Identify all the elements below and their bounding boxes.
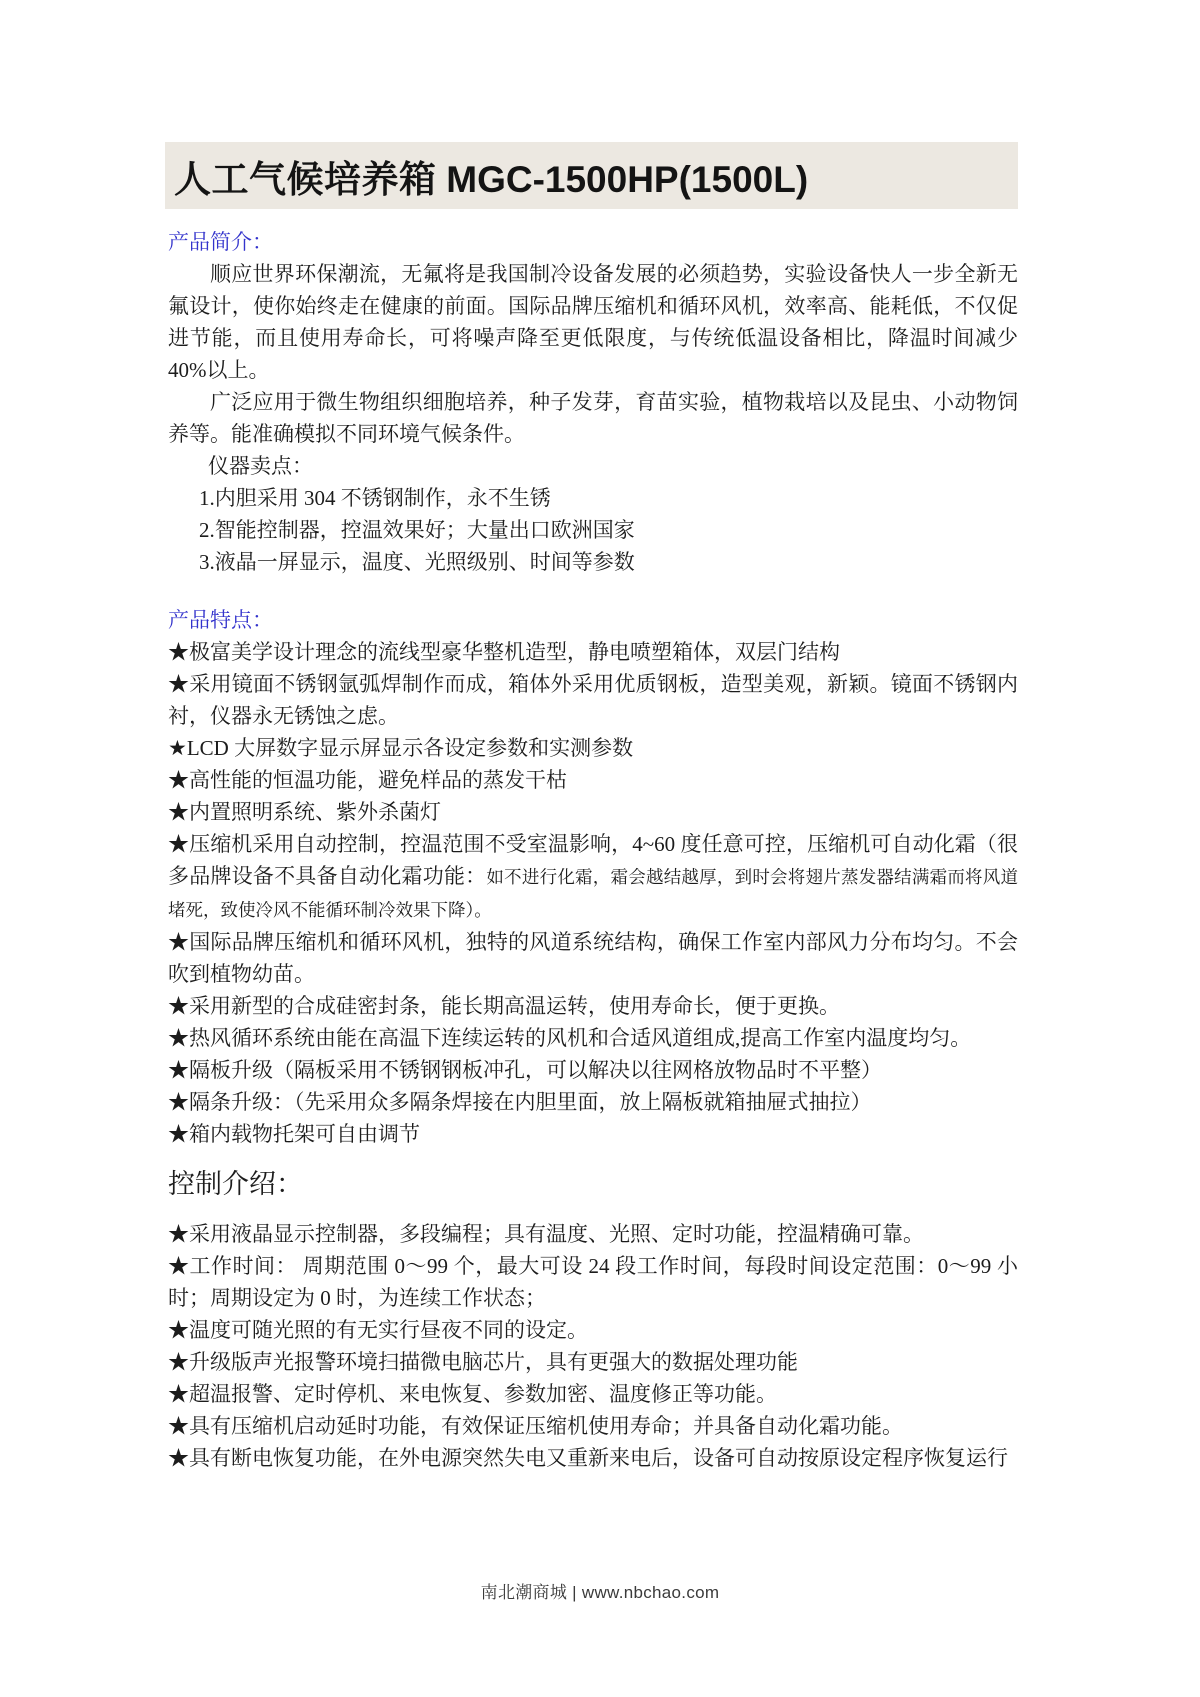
feature-item-2: ★采用镜面不锈钢氩弧焊制作而成，箱体外采用优质钢板，造型美观，新颖。镜面不锈钢内… [168,668,1018,732]
control-item-1: ★采用液晶显示控制器，多段编程；具有温度、光照、定时功能，控温精确可靠。 [168,1218,1018,1250]
selling-points-heading: 仪器卖点： [168,450,1018,482]
intro-paragraph-2: 广泛应用于微生物组织细胞培养，种子发芽，育苗实验，植物栽培以及昆虫、小动物饲养等… [168,386,1018,450]
control-item-2: ★工作时间： 周期范围 0～99 个，最大可设 24 段工作时间，每段时间设定范… [168,1250,1018,1314]
control-item-4: ★升级版声光报警环境扫描微电脑芯片，具有更强大的数据处理功能 [168,1346,1018,1378]
footer-site-name: 南北潮商城 [481,1583,568,1602]
footer-separator: | [567,1583,582,1602]
feature-item-5: ★内置照明系统、紫外杀菌灯 [168,796,1018,828]
feature-item-3: ★LCD 大屏数字显示屏显示各设定参数和实测参数 [168,732,1018,764]
section-heading-product-intro: 产品简介： [168,226,1018,258]
title-chinese: 人工气候培养箱 [174,160,446,201]
control-item-3: ★温度可随光照的有无实行昼夜不同的设定。 [168,1314,1018,1346]
page-footer: 南北潮商城 | www.nbchao.com [0,1578,1200,1603]
title-banner: 人工气候培养箱 MGC-1500HP(1500L) [165,142,1018,209]
feature-item-9: ★热风循环系统由能在高温下连续运转的风机和合适风道组成,提高工作室内温度均匀。 [168,1022,1018,1054]
feature-item-8: ★采用新型的合成硅密封条，能长期高温运转，使用寿命长，便于更换。 [168,990,1018,1022]
control-item-6: ★具有压缩机启动延时功能，有效保证压缩机使用寿命；并具备自动化霜功能。 [168,1410,1018,1442]
intro-paragraph-1: 顺应世界环保潮流，无氟将是我国制冷设备发展的必须趋势，实验设备快人一步全新无氟设… [168,258,1018,386]
control-item-5: ★超温报警、定时停机、来电恢复、参数加密、温度修正等功能。 [168,1378,1018,1410]
selling-point-2: 2.智能控制器，控温效果好；大量出口欧洲国家 [168,514,1018,546]
section-heading-product-features: 产品特点： [168,604,1018,636]
control-item-7: ★具有断电恢复功能，在外电源突然失电又重新来电后，设备可自动按原设定程序恢复运行 [168,1442,1018,1474]
title-model-number: MGC-1500HP(1500L) [446,159,808,200]
feature-item-11: ★隔条升级：（先采用众多隔条焊接在内胆里面，放上隔板就箱抽屉式抽拉） [168,1086,1018,1118]
feature-item-12: ★箱内载物托架可自由调节 [168,1118,1018,1150]
selling-point-3: 3.液晶一屏显示，温度、光照级别、时间等参数 [168,546,1018,578]
footer-url: www.nbchao.com [582,1583,719,1602]
feature-item-4: ★高性能的恒温功能，避免样品的蒸发干枯 [168,764,1018,796]
page-title: 人工气候培养箱 MGC-1500HP(1500L) [165,149,808,203]
feature-item-1: ★极富美学设计理念的流线型豪华整机造型，静电喷塑箱体，双层门结构 [168,636,1018,668]
feature-item-7: ★国际品牌压缩机和循环风机，独特的风道系统结构，确保工作室内部风力分布均匀。不会… [168,926,1018,990]
selling-point-1: 1.内胆采用 304 不锈钢制作，永不生锈 [168,482,1018,514]
document-body: 产品简介： 顺应世界环保潮流，无氟将是我国制冷设备发展的必须趋势，实验设备快人一… [168,226,1018,1474]
feature-item-10: ★隔板升级（隔板采用不锈钢钢板冲孔，可以解决以往网格放物品时不平整） [168,1054,1018,1086]
section-heading-control-intro: 控制介绍： [168,1166,1018,1202]
feature-item-6: ★压缩机采用自动控制，控温范围不受室温影响，4~60 度任意可控，压缩机可自动化… [168,828,1018,926]
